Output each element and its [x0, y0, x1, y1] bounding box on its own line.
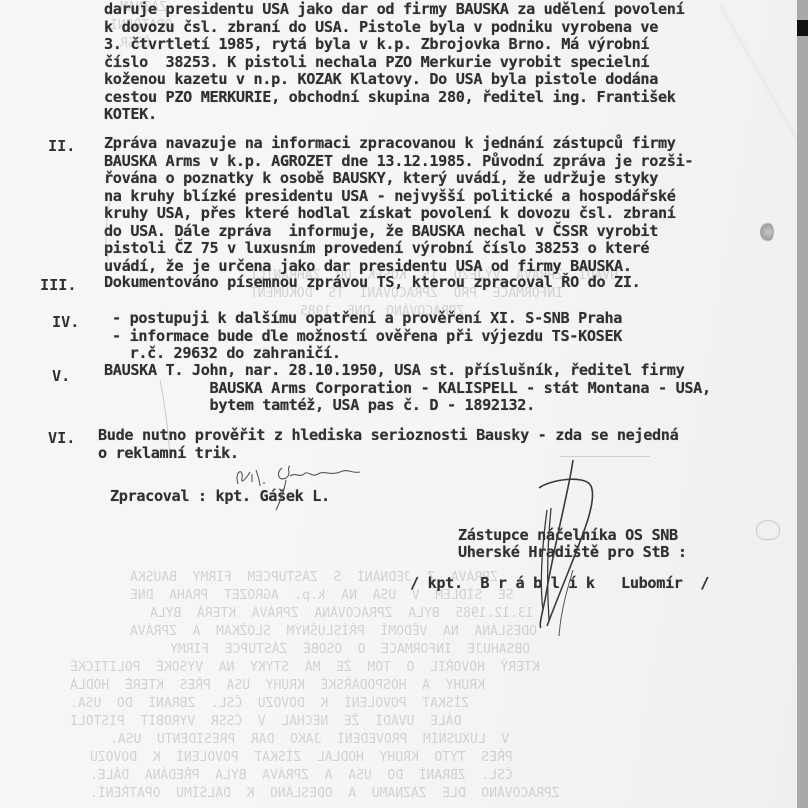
text-line: KOTEK.: [104, 106, 684, 124]
section-number: V.: [52, 367, 70, 385]
text-line: koženou kazetu v n.p. KOZAK Klatovy. Do …: [104, 71, 684, 89]
paper-fold-shadow: [720, 0, 800, 150]
handwritten-signature: [525, 450, 635, 640]
paper-mark: [756, 520, 780, 540]
handwritten-initials-signature: [230, 462, 380, 522]
text-line: Dokumentováno písemnou zprávou TS, ktero…: [104, 274, 640, 292]
text-line: bytem tamtéž, USA pas č. D - 1892132.: [104, 397, 711, 415]
text-line: 3. čtvrtletí 1985, rytá byla v k.p. Zbro…: [104, 36, 684, 54]
text-line: k dovozu čsl. zbraní do USA. Pistole byl…: [104, 19, 684, 37]
section-number: II.: [48, 137, 75, 155]
section-2: Zpráva navazuje na informaci zpracovanou…: [104, 135, 693, 275]
text-line: kruhy USA, přes které hodlal získat povo…: [104, 205, 693, 223]
text-line: daruje presidentu USA jako dar od firmy …: [104, 1, 684, 19]
text-line: na kruhy blízké presidentu USA - nejvyšš…: [104, 188, 693, 206]
text-line: - informace bude dle možností ověřena př…: [112, 328, 622, 346]
section-3: Dokumentováno písemnou zprávou TS, ktero…: [104, 274, 640, 292]
faint-rule: [560, 456, 650, 457]
text-line: číslo 38253. K pistoli nechala PZO Merku…: [104, 54, 684, 72]
text-line: BAUSKA T. John, nar. 28.10.1950, USA st.…: [104, 362, 711, 380]
section-number: IV.: [52, 313, 79, 331]
section-1-continuation: daruje presidentu USA jako dar od firmy …: [104, 1, 684, 124]
section-number: III.: [40, 276, 77, 294]
text-line: řována o poznatky k osobě BAUSKY, který …: [104, 170, 693, 188]
section-4: - postupuji k dalšímu opatření a prověře…: [112, 310, 622, 363]
faint-pencil-mark: [100, 200, 180, 460]
text-line: BAUSKA Arms v k.p. AGROZET dne 13.12.198…: [104, 153, 693, 171]
text-line: r.č. 29632 do zahraničí.: [112, 345, 622, 363]
scan-edge-strip: [797, 0, 808, 808]
text-line: BAUSKA Arms Corporation - KALISPELL - st…: [104, 380, 711, 398]
text-line: cestou PZO MERKURIE, obchodní skupina 28…: [104, 89, 684, 107]
text-line: pistoli ČZ 75 v luxusním provedení výrob…: [104, 240, 693, 258]
scan-edge-mark: [797, 20, 808, 36]
punch-hole: [760, 222, 774, 242]
text-line: Bude nutno prověřit z hlediska serioznos…: [98, 427, 678, 445]
text-line: Zpráva navazuje na informaci zpracovanou…: [104, 135, 693, 153]
text-line: - postupuji k dalšímu opatření a prověře…: [112, 310, 622, 328]
text-line: do USA. Dále zpráva informuje, že BAUSKA…: [104, 223, 693, 241]
section-5: BAUSKA T. John, nar. 28.10.1950, USA st.…: [104, 362, 711, 415]
section-number: VI.: [48, 429, 75, 447]
